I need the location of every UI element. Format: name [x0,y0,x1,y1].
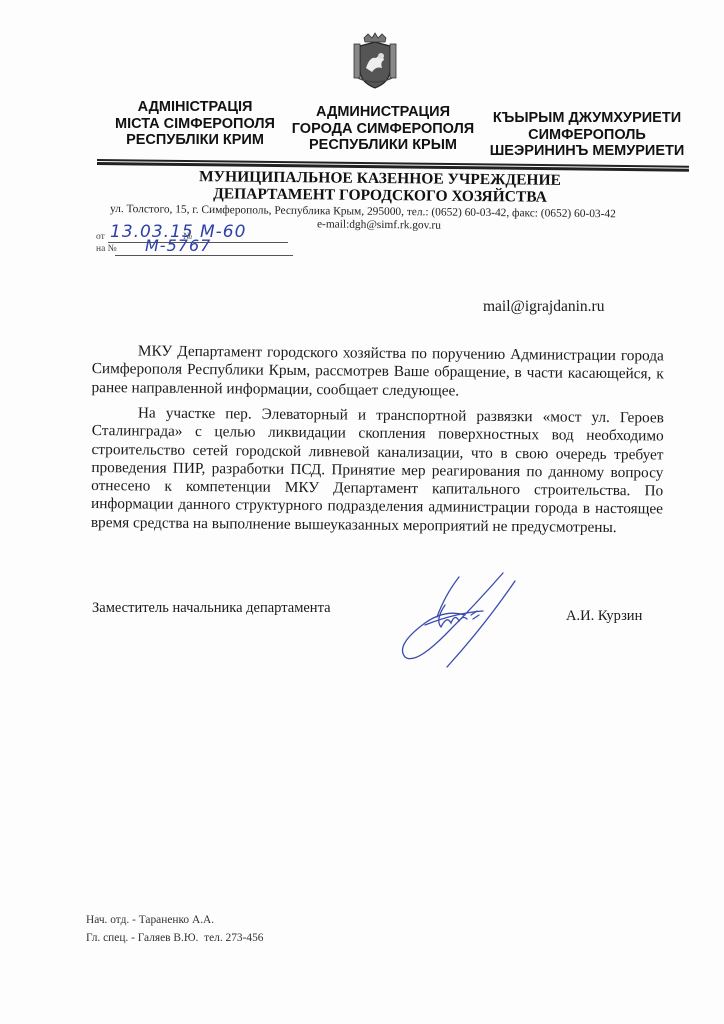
handwritten-reply-number: М-5767 [145,236,211,255]
letterhead-line: АДМІНІСТРАЦІЯ [95,99,295,116]
letterhead-line: АДМИНИСТРАЦИЯ [283,104,483,121]
recipient-address: mail@igrajdanin.ru [483,298,604,316]
registration-reply-label: на № [96,244,117,254]
letterhead-crimean-tatar: КЪЫРЫМ ДЖУМХУРИЕТИ СИМФЕРОПОЛЬ ШЕЭРИНИНЪ… [482,110,692,160]
organization-email: e-mail:dgh@simf.rk.gov.ru [317,218,441,231]
letterhead-line: МІСТА СІМФЕРОПОЛЯ [95,116,295,133]
registration-underline [115,255,293,256]
body-paragraph-1: МКУ Департамент городского хозяйства по … [91,342,664,402]
letter-page: АДМІНІСТРАЦІЯ МІСТА СІМФЕРОПОЛЯ РЕСПУБЛІ… [0,0,724,1024]
handwritten-signature-icon [385,565,525,675]
executor-line-1: Нач. отд. - Тараненко А.А. [86,914,214,926]
signatory-title: Заместитель начальника департамента [92,600,331,617]
letterhead-line: СИМФЕРОПОЛЬ [482,127,692,144]
letterhead-russian: АДМИНИСТРАЦИЯ ГОРОДА СИМФЕРОПОЛЯ РЕСПУБЛ… [283,104,483,154]
crimea-coat-of-arms-icon [352,32,398,90]
paragraph-text: На участке пер. Элеваторный и транспортн… [91,404,664,538]
registration-date-label: от [96,232,105,242]
body-paragraph-2: На участке пер. Элеваторный и транспортн… [91,404,664,538]
letterhead-line: РЕСПУБЛИКИ КРЫМ [283,137,483,154]
letterhead-line: ШЕЭРИНИНЪ МЕМУРИЕТИ [482,143,692,160]
signatory-name: А.И. Курзин [566,608,642,625]
paragraph-text: МКУ Департамент городского хозяйства по … [91,342,664,402]
letterhead-line: РЕСПУБЛІКИ КРИМ [95,132,295,149]
letterhead-line: КЪЫРЫМ ДЖУМХУРИЕТИ [482,110,692,127]
letterhead-line: ГОРОДА СИМФЕРОПОЛЯ [283,121,483,138]
letterhead-ukrainian: АДМІНІСТРАЦІЯ МІСТА СІМФЕРОПОЛЯ РЕСПУБЛІ… [95,99,295,149]
executor-line-2: Гл. спец. - Галяев В.Ю. тел. 273-456 [86,932,263,944]
